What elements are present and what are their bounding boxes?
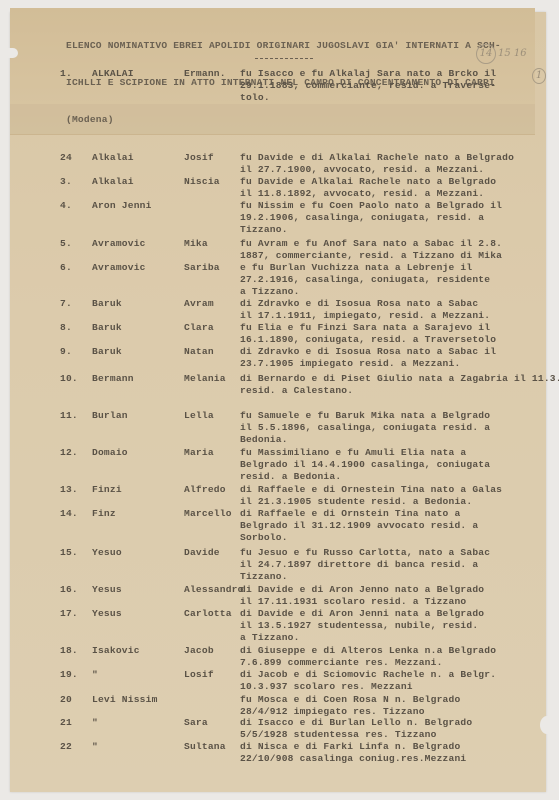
entry-details: di Raffaele e di Ornstein Tina nato aBel… (240, 508, 540, 545)
entry-surname: Yesuo (92, 547, 122, 559)
entry-details: fu Avram e fu Anof Sara nato a Sabac il … (240, 238, 540, 262)
entry-number: 7. (60, 298, 72, 310)
entry-detail-line: il 17.11.1931 scolaro resid. a Tizzano (240, 596, 540, 608)
paper-tear (540, 716, 554, 734)
entry-surname: Yesus (92, 584, 122, 596)
entry-number: 20 (60, 694, 72, 706)
entry-detail-line: fu Jesuo e fu Russo Carlotta, nato a Sab… (240, 547, 540, 559)
entry-number: 13. (60, 484, 78, 496)
entry-detail-line: di Zdravko e di Isosua Rosa nato a Sabac… (240, 346, 540, 358)
entry-surname: Finzi (92, 484, 122, 496)
entry-firstname: Josif (184, 152, 214, 164)
entry-details: fu Nissim e fu Coen Paolo nato a Belgrad… (240, 200, 540, 237)
entry-firstname: Clara (184, 322, 214, 334)
entry-details: di Isacco e di Burlan Lello n. Belgrado5… (240, 717, 540, 741)
entry-surname: Baruk (92, 298, 122, 310)
entry-surname: Alkalai (92, 152, 134, 164)
entry-number: 4. (60, 200, 72, 212)
paper-tear (8, 48, 18, 58)
entry-surname: Baruk (92, 346, 122, 358)
hand-mark: 16 (514, 48, 527, 59)
entry-number: 15. (60, 547, 78, 559)
entry-detail-line: il 21.3.1905 studente resid. a Bedonia. (240, 496, 540, 508)
handwritten-page-numbers: 1415 16 (476, 44, 527, 64)
entry-detail-line: fu Nissim e fu Coen Paolo nato a Belgrad… (240, 200, 540, 212)
entry-detail-line: 16.1.1890, coniugata, resid. a Traverset… (240, 334, 540, 346)
entry-details: e fu Burlan Vuchizza nata a Lebrenje il2… (240, 262, 540, 299)
entry-detail-line: Belgrado il 14.4.1900 casalinga, coniuga… (240, 459, 540, 471)
entry-firstname: Davide (184, 547, 220, 559)
entry-firstname: Avram (184, 298, 214, 310)
entry-detail-line: il 13.5.1927 studentessa, nubile, resid. (240, 620, 540, 632)
entry-detail-line: di Davide e di Aron Jenni nata a Belgrad… (240, 608, 540, 620)
entry-detail-line: Sorbolo. (240, 532, 540, 544)
entry-detail-line: di Bernardo e di Piset Giulio nata a Zag… (240, 373, 540, 385)
entry-number: 22 (60, 741, 72, 753)
entry-number: 11. (60, 410, 78, 422)
entry-details: fu Davide e di Alkalai Rachele nato a Be… (240, 152, 540, 176)
entry-firstname: Ermann. (184, 68, 226, 80)
entry-surname: Isakovic (92, 645, 140, 657)
title-underline (255, 58, 313, 61)
entry-surname: Yesus (92, 608, 122, 620)
entry-surname: Domaio (92, 447, 128, 459)
entry-detail-line: resid. a Bedonia. (240, 471, 540, 483)
entry-number: 19. (60, 669, 78, 681)
entry-surname: Avramovic (92, 238, 146, 250)
entry-detail-line: fu Isacco e fu Alkalaj Sara nato a Brcko… (240, 68, 540, 80)
entry-number: 9. (60, 346, 72, 358)
entry-detail-line: 1887, commerciante, resid. a Tizzano di … (240, 250, 540, 262)
entry-detail-line: di Zdravko e di Isosua Rosa nato a Sabac (240, 298, 540, 310)
entry-details: di Giuseppe e di Alteros Lenka n.a Belgr… (240, 645, 540, 669)
entry-detail-line: resid. a Calestano. (240, 385, 540, 397)
entry-number: 12. (60, 447, 78, 459)
entry-detail-line: 22/10/908 casalinga coniug.res.Mezzani (240, 753, 540, 765)
entry-details: di Davide e di Aron Jenni nata a Belgrad… (240, 608, 540, 645)
entry-number: 3. (60, 176, 72, 188)
entry-surname: " (92, 669, 98, 681)
entry-detail-line: fu Mosca e di Coen Rosa N n. Belgrado (240, 694, 540, 706)
entry-detail-line: 5/5/1928 studentessa res. Tizzano (240, 729, 540, 741)
entry-firstname: Carlotta (184, 608, 232, 620)
entry-details: di Davide e di Aron Jenno nato a Belgrad… (240, 584, 540, 608)
entry-detail-line: Tizzano. (240, 571, 540, 583)
entry-detail-line: a Tizzano. (240, 632, 540, 644)
entry-firstname: Alessandro (184, 584, 244, 596)
entry-surname: " (92, 717, 98, 729)
entry-number: 14. (60, 508, 78, 520)
entry-detail-line: di Jacob e di Sciomovic Rachele n. a Bel… (240, 669, 540, 681)
entry-detail-line: il 27.7.1900, avvocato, resid. a Mezzani… (240, 164, 540, 176)
entry-detail-line: 7.6.899 commerciante res. Mezzani. (240, 657, 540, 669)
entry-surname: Burlan (92, 410, 128, 422)
hand-mark: 14 (476, 44, 496, 64)
entry-details: fu Massimiliano e fu Amuli Elia nata aBe… (240, 447, 540, 484)
entry-firstname: Niscia (184, 176, 220, 188)
entry-detail-line: 27.2.1916, casalinga, coniugata, residen… (240, 274, 540, 286)
entry-details: di Raffaele e di Ornestein Tina nato a G… (240, 484, 540, 508)
entry-detail-line: il 24.7.1897 direttore di banca resid. a (240, 559, 540, 571)
title-line-1: ELENCO NOMINATIVO EBREI APOLIDI ORIGINAR… (66, 40, 536, 52)
entry-detail-line: di Giuseppe e di Alteros Lenka n.a Belgr… (240, 645, 540, 657)
entry-detail-line: fu Massimiliano e fu Amuli Elia nata a (240, 447, 540, 459)
entry-details: di Bernardo e di Piset Giulio nata a Zag… (240, 373, 540, 397)
entry-detail-line: di Nisca e di Farki Linfa n. Belgrado (240, 741, 540, 753)
entry-surname: Bermann (92, 373, 134, 385)
entry-detail-line: e fu Burlan Vuchizza nata a Lebrenje il (240, 262, 540, 274)
entry-details: di Jacob e di Sciomovic Rachele n. a Bel… (240, 669, 540, 693)
hand-mark: 15 (498, 48, 511, 59)
entry-number: 21 (60, 717, 72, 729)
entry-detail-line: Tizzano. (240, 224, 540, 236)
entry-detail-line: il 5.5.1896, casalinga, coniugata resid.… (240, 422, 540, 434)
entry-detail-line: fu Elia e fu Finzi Sara nata a Sarajevo … (240, 322, 540, 334)
entry-number: 5. (60, 238, 72, 250)
entry-detail-line: di Isacco e di Burlan Lello n. Belgrado (240, 717, 540, 729)
entry-number: 18. (60, 645, 78, 657)
entry-firstname: Sultana (184, 741, 226, 753)
entry-surname: Alkalai (92, 176, 134, 188)
entry-details: di Zdravko e di Isosua Rosa nato a Sabac… (240, 346, 540, 370)
entry-detail-line: Belgrado il 31.12.1909 avvocato resid. a (240, 520, 540, 532)
entry-firstname: Melania (184, 373, 226, 385)
title-line-3: (Modena) (66, 114, 536, 126)
entry-detail-line: il 17.1.1911, impiegato, resid. a Mezzan… (240, 310, 540, 322)
entry-number: 16. (60, 584, 78, 596)
entry-surname: Baruk (92, 322, 122, 334)
entry-details: fu Isacco e fu Alkalaj Sara nato a Brcko… (240, 68, 540, 105)
entry-detail-line: di Davide e di Aron Jenno nato a Belgrad… (240, 584, 540, 596)
entry-details: fu Elia e fu Finzi Sara nata a Sarajevo … (240, 322, 540, 346)
entry-surname: Levi Nissim (92, 694, 158, 706)
entry-number: 6. (60, 262, 72, 274)
entry-detail-line: Bedonia. (240, 434, 540, 446)
entry-surname: Avramovic (92, 262, 146, 274)
entry-firstname: Marcello (184, 508, 232, 520)
entry-details: fu Davide e Alkalai Rachele nato a Belgr… (240, 176, 540, 200)
entry-detail-line: 29.1.1883, commerciante, resid. a Traver… (240, 80, 540, 92)
entry-surname: Aron Jenni (92, 200, 152, 212)
entry-details: di Zdravko e di Isosua Rosa nato a Sabac… (240, 298, 540, 322)
entry-number: 17. (60, 608, 78, 620)
entry-surname: ALKALAI (92, 68, 134, 80)
entry-firstname: Losif (184, 669, 214, 681)
entry-detail-line: il 11.8.1892, avvocato, resid. a Mezzani… (240, 188, 540, 200)
entry-firstname: Natan (184, 346, 214, 358)
entry-number: 24 (60, 152, 72, 164)
entry-detail-line: 23.7.1905 impiegato resid. a Mezzani. (240, 358, 540, 370)
entry-surname: Finz (92, 508, 116, 520)
entry-details: fu Mosca e di Coen Rosa N n. Belgrado28/… (240, 694, 540, 718)
entry-detail-line: 19.2.1906, casalinga, coniugata, resid. … (240, 212, 540, 224)
entry-detail-line: fu Davide e Alkalai Rachele nato a Belgr… (240, 176, 540, 188)
entry-detail-line: fu Davide e di Alkalai Rachele nato a Be… (240, 152, 540, 164)
entry-firstname: Maria (184, 447, 214, 459)
entry-firstname: Alfredo (184, 484, 226, 496)
entry-firstname: Sariba (184, 262, 220, 274)
entry-firstname: Lella (184, 410, 214, 422)
entry-detail-line: 10.3.937 scolaro res. Mezzani (240, 681, 540, 693)
entry-detail-line: di Raffaele e di Ornestein Tina nato a G… (240, 484, 540, 496)
entry-firstname: Jacob (184, 645, 214, 657)
entry-details: fu Jesuo e fu Russo Carlotta, nato a Sab… (240, 547, 540, 584)
entry-number: 10. (60, 373, 78, 385)
entry-details: fu Samuele e fu Baruk Mika nata a Belgra… (240, 410, 540, 447)
entry-number: 8. (60, 322, 72, 334)
entry-number: 1. (60, 68, 72, 80)
entry-details: di Nisca e di Farki Linfa n. Belgrado22/… (240, 741, 540, 765)
entry-detail-line: a Tizzano. (240, 286, 540, 298)
entry-detail-line: fu Avram e fu Anof Sara nato a Sabac il … (240, 238, 540, 250)
entry-firstname: Mika (184, 238, 208, 250)
entry-detail-line: tolo. (240, 92, 540, 104)
entry-detail-line: di Raffaele e di Ornstein Tina nato a (240, 508, 540, 520)
entry-detail-line: fu Samuele e fu Baruk Mika nata a Belgra… (240, 410, 540, 422)
entry-surname: " (92, 741, 98, 753)
entry-firstname: Sara (184, 717, 208, 729)
